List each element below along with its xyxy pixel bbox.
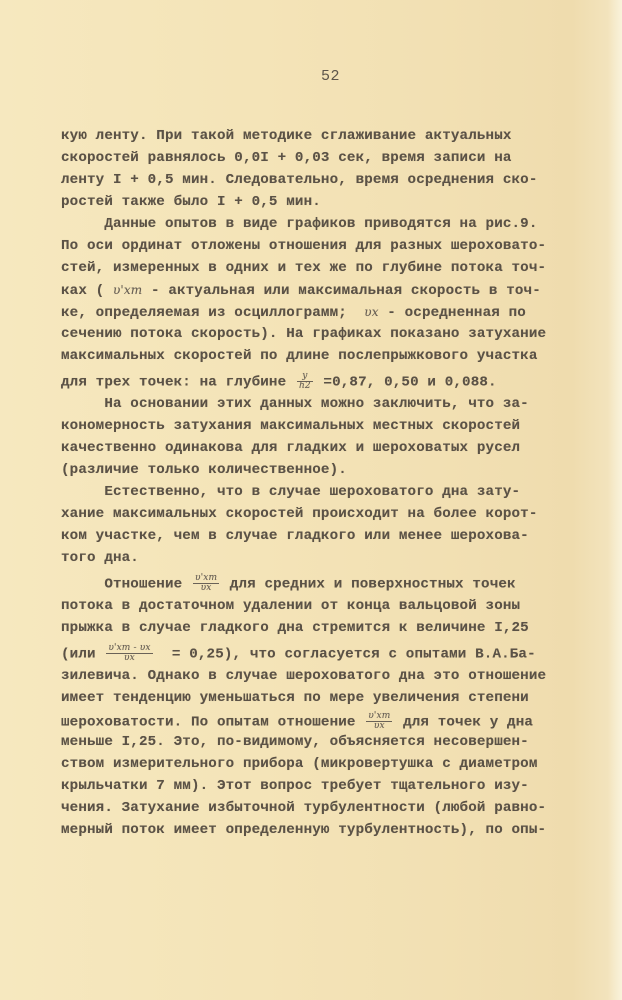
text-line: (или υ'xm - υxυx = 0,25), что согласуетс… xyxy=(61,644,536,663)
text-line: ленту I + 0,5 мин. Следовательно, время … xyxy=(61,172,538,188)
fraction-formula: υ'xm - υxυx xyxy=(106,644,152,663)
text-line: мерный поток имеет определенную турбулен… xyxy=(61,822,546,838)
page-number: 52 xyxy=(321,68,340,85)
text-line: шероховатости. По опытам отношение υ'xmυ… xyxy=(61,712,533,731)
text-line: ке, определяемая из осциллограмм; υx - о… xyxy=(61,304,526,321)
fraction-formula: υ'xmυx xyxy=(366,712,392,731)
text-line: потока в достаточном удалении от конца в… xyxy=(61,598,520,614)
text-line: ком участке, чем в случае гладкого или м… xyxy=(61,528,529,544)
velocity-symbol: υx xyxy=(364,305,378,319)
text-line: того дна. xyxy=(61,550,139,566)
text-line: зилевича. Однако в случае шероховатого д… xyxy=(61,668,546,684)
fraction-formula: yh2 xyxy=(297,372,313,391)
text-line: ках ( υ'xm - актуальная или максимальная… xyxy=(61,282,541,299)
text-line: меньше I,25. Это, по-видимому, объясняет… xyxy=(61,734,529,750)
velocity-symbol: υ'xm xyxy=(113,283,142,297)
text-line: Естественно, что в случае шероховатого д… xyxy=(61,484,520,500)
text-line: скоростей равнялось 0,0I + 0,03 сек, вре… xyxy=(61,150,512,166)
text-line: максимальных скоростей по длине послепры… xyxy=(61,348,538,364)
text-segment: - актуальная или максимальная скорость в… xyxy=(142,283,541,299)
text-segment: Отношение xyxy=(61,576,191,592)
text-line: хание максимальных скоростей происходит … xyxy=(61,506,538,522)
text-segment: для трех точек: на глубине xyxy=(61,374,295,390)
text-line: (различие только количественное). xyxy=(61,462,347,478)
text-segment: ках ( xyxy=(61,283,113,299)
text-segment: (или xyxy=(61,646,104,662)
text-line: На основании этих данных можно заключить… xyxy=(61,396,529,412)
text-line: Данные опытов в виде графиков приводятся… xyxy=(61,216,538,232)
text-line: ростей также было I + 0,5 мин. xyxy=(61,194,321,210)
text-segment: =0,87, 0,50 и 0,088. xyxy=(315,374,497,390)
text-line: Отношение υ'xmυx для средних и поверхнос… xyxy=(61,574,516,593)
text-line: ством измерительного прибора (микроверту… xyxy=(61,756,538,772)
text-segment: для средних и поверхностных точек xyxy=(221,576,516,592)
fraction-formula: υ'xmυx xyxy=(193,574,219,593)
text-line: кую ленту. При такой методике сглаживани… xyxy=(61,128,512,144)
text-line: чения. Затухание избыточной турбулентнос… xyxy=(61,800,546,816)
text-line: крыльчатки 7 мм). Этот вопрос требует тщ… xyxy=(61,778,529,794)
text-line: сечению потока скорость). На графиках по… xyxy=(61,326,546,342)
text-segment: = 0,25), что согласуется с опытами В.А.Б… xyxy=(155,646,536,662)
text-line: кономерность затухания максимальных мест… xyxy=(61,418,520,434)
text-line: имеет тенденцию уменьшаться по мере увел… xyxy=(61,690,529,706)
page-edge-shading xyxy=(608,0,622,1000)
text-segment: шероховатости. По опытам отношение xyxy=(61,714,364,730)
text-line: По оси ординат отложены отношения для ра… xyxy=(61,238,546,254)
text-segment: для точек у дна xyxy=(394,714,533,730)
text-segment: ке, определяемая из осциллограмм; xyxy=(61,305,364,321)
text-line: для трех точек: на глубине yh2 =0,87, 0,… xyxy=(61,372,497,391)
text-segment: - осредненная по xyxy=(379,305,526,321)
text-line: прыжка в случае гладкого дна стремится к… xyxy=(61,620,529,636)
text-line: стей, измеренных в одних и тех же по глу… xyxy=(61,260,546,276)
text-line: качественно одинакова для гладких и шеро… xyxy=(61,440,520,456)
